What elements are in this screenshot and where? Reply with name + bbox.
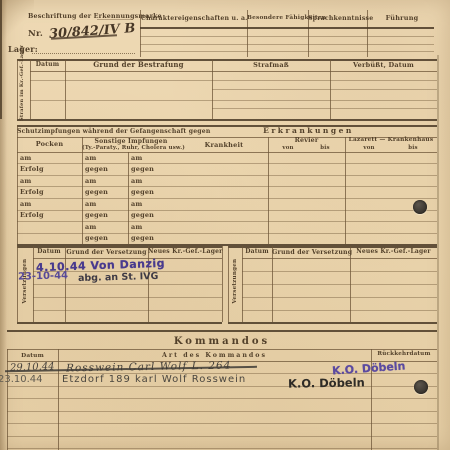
sonstige1-gegen-4: gegen xyxy=(85,235,115,242)
rule xyxy=(242,310,437,311)
rule xyxy=(7,349,437,350)
revier-von-label: von xyxy=(268,145,308,151)
rule xyxy=(17,210,437,211)
rule xyxy=(7,436,437,437)
ko-doebeln-stamp-black: K.O. Döbeln xyxy=(288,375,365,390)
rule xyxy=(17,175,437,176)
transfer-stamp-date: 23-10-44 xyxy=(18,270,68,282)
impfungen-col-sonstige: Sonstige Impfungen xyxy=(82,138,180,145)
rule xyxy=(140,27,434,29)
rule xyxy=(242,271,437,272)
kommando-row2-text: Etzdorf 189 karl Wolf Rosswein xyxy=(62,374,246,385)
rule xyxy=(17,152,437,153)
kommandos-title: Kommandos xyxy=(7,336,437,348)
rule xyxy=(7,386,437,387)
sonstige2-am-4: am xyxy=(131,224,161,231)
versetzungen-right-col-neues: Neues Kr.-Gef.-Lager xyxy=(350,249,437,256)
rule xyxy=(212,89,437,90)
traits-col-abilities: Besondere Fähigkeiten xyxy=(247,15,308,22)
rule xyxy=(7,398,437,399)
lazarett-bis-label: bis xyxy=(389,145,437,151)
traits-col-conduct: Führung xyxy=(367,15,437,22)
rule xyxy=(33,310,222,311)
sonstige1-am-3: am xyxy=(85,201,115,208)
rule xyxy=(17,119,437,121)
kommandos-col-rueck: Rückkehrdatum xyxy=(371,351,437,357)
strafen-side-label: Strafen im Kr.-Gef.-Lager xyxy=(20,51,26,121)
hole-punch-bottom xyxy=(414,380,428,394)
rule xyxy=(7,411,437,412)
rule xyxy=(97,19,133,20)
kommando-row2-date: 23.10.44 xyxy=(0,374,43,385)
pocken-am-3: am xyxy=(20,201,50,208)
pocken-erfolg-3: Erfolg xyxy=(20,212,50,219)
rule xyxy=(30,100,437,101)
rule xyxy=(17,233,437,234)
transfer-stamp-stalag: abg. an St. IVG xyxy=(78,271,159,284)
rule xyxy=(268,137,269,244)
erkrankungen-col-revier: Revier xyxy=(268,137,345,144)
rule xyxy=(242,284,437,285)
sonstige2-gegen-2: gegen xyxy=(131,189,161,196)
erkrankungen-col-krankheit: Krankheit xyxy=(180,142,268,149)
rule xyxy=(140,44,434,45)
rule xyxy=(242,297,437,298)
rule xyxy=(17,163,437,164)
rule xyxy=(30,80,437,81)
erkrankungen-col-lazarett: Lazarett — Krankenhaus xyxy=(345,137,437,144)
sonstige1-am-1: am xyxy=(85,155,115,162)
rule xyxy=(0,0,2,119)
rule xyxy=(30,71,437,72)
rule xyxy=(17,221,437,222)
kommandos-col-art: Art des Kommandos xyxy=(58,352,371,359)
versetzungen-right-col-datum: Datum xyxy=(242,249,272,256)
sonstige2-am-3: am xyxy=(131,201,161,208)
rule xyxy=(7,423,437,424)
sonstige1-gegen-2: gegen xyxy=(85,189,115,196)
rule xyxy=(33,297,222,298)
lazarett-von-label: von xyxy=(345,145,393,151)
rule xyxy=(33,284,222,285)
sonstige2-gegen-1: gegen xyxy=(131,166,161,173)
rule xyxy=(17,198,437,199)
hole-punch-top xyxy=(413,200,427,214)
traits-col-languages: Sprachkenntnisse xyxy=(308,15,367,22)
erkrankungen-title: Erkrankungen xyxy=(180,127,437,136)
sonstige2-am-1: am xyxy=(131,155,161,162)
rule xyxy=(17,59,18,119)
rule xyxy=(17,186,437,187)
strafen-col-grund: Grund der Bestrafung xyxy=(65,61,212,69)
pocken-am-2: am xyxy=(20,178,50,185)
rule xyxy=(82,137,83,244)
traits-col-character: Charaktereigenschaften u. a. xyxy=(141,15,246,22)
pow-record-card: Beschriftung der Erkennungsmarke Nr. 30/… xyxy=(0,0,450,450)
strafen-col-strafmass: Strafmaß xyxy=(212,62,330,69)
revier-bis-label: bis xyxy=(305,145,345,151)
versetzungen-left-col-datum: Datum xyxy=(33,249,65,256)
rule xyxy=(212,108,437,109)
rule xyxy=(222,246,223,322)
rule xyxy=(7,330,437,332)
sonstige2-gegen-4: gegen xyxy=(131,235,161,242)
rule xyxy=(242,258,437,259)
rule xyxy=(140,36,434,37)
rule xyxy=(228,246,229,322)
sonstige2-gegen-3: gegen xyxy=(131,212,161,219)
sonstige1-am-4: am xyxy=(85,224,115,231)
impfungen-col-pocken: Pocken xyxy=(17,141,82,148)
rule xyxy=(345,137,346,244)
pocken-erfolg-2: Erfolg xyxy=(20,189,50,196)
strafen-col-verbuesst: Verbüßt, Datum xyxy=(330,62,437,69)
impfungen-title: Schutzimpfungen während der Gefangenscha… xyxy=(17,128,180,135)
pocken-erfolg-1: Erfolg xyxy=(20,166,50,173)
paper-crease xyxy=(437,55,439,450)
sonstige1-gegen-1: gegen xyxy=(85,166,115,173)
sonstige2-am-2: am xyxy=(131,178,161,185)
id-tag-nr-label: Nr. xyxy=(28,30,46,40)
rule xyxy=(17,322,222,324)
rule xyxy=(17,246,18,322)
versetzungen-right-col-grund: Grund der Versetzung xyxy=(272,249,350,256)
lager-blank-line xyxy=(32,52,135,54)
pocken-am-1: am xyxy=(20,155,50,162)
rule xyxy=(58,349,59,450)
sonstige1-am-2: am xyxy=(85,178,115,185)
versetzungen-right-side-label: Versetzungen xyxy=(232,256,238,306)
versetzungen-left-col-grund: Grund der Versetzung xyxy=(65,249,148,256)
strafen-col-datum: Datum xyxy=(30,62,65,69)
rule xyxy=(140,51,434,52)
rule xyxy=(7,349,8,450)
versetzungen-left-col-neues: Neues Kr.-Gef.-Lager xyxy=(148,249,222,256)
rule xyxy=(7,448,437,449)
impfungen-col-sonstige-sub: (Ty.-Paraty., Ruhr, Cholera usw.) xyxy=(82,145,180,151)
sonstige1-gegen-3: gegen xyxy=(85,212,115,219)
rule xyxy=(228,322,437,324)
kommandos-col-datum: Datum xyxy=(7,353,58,360)
